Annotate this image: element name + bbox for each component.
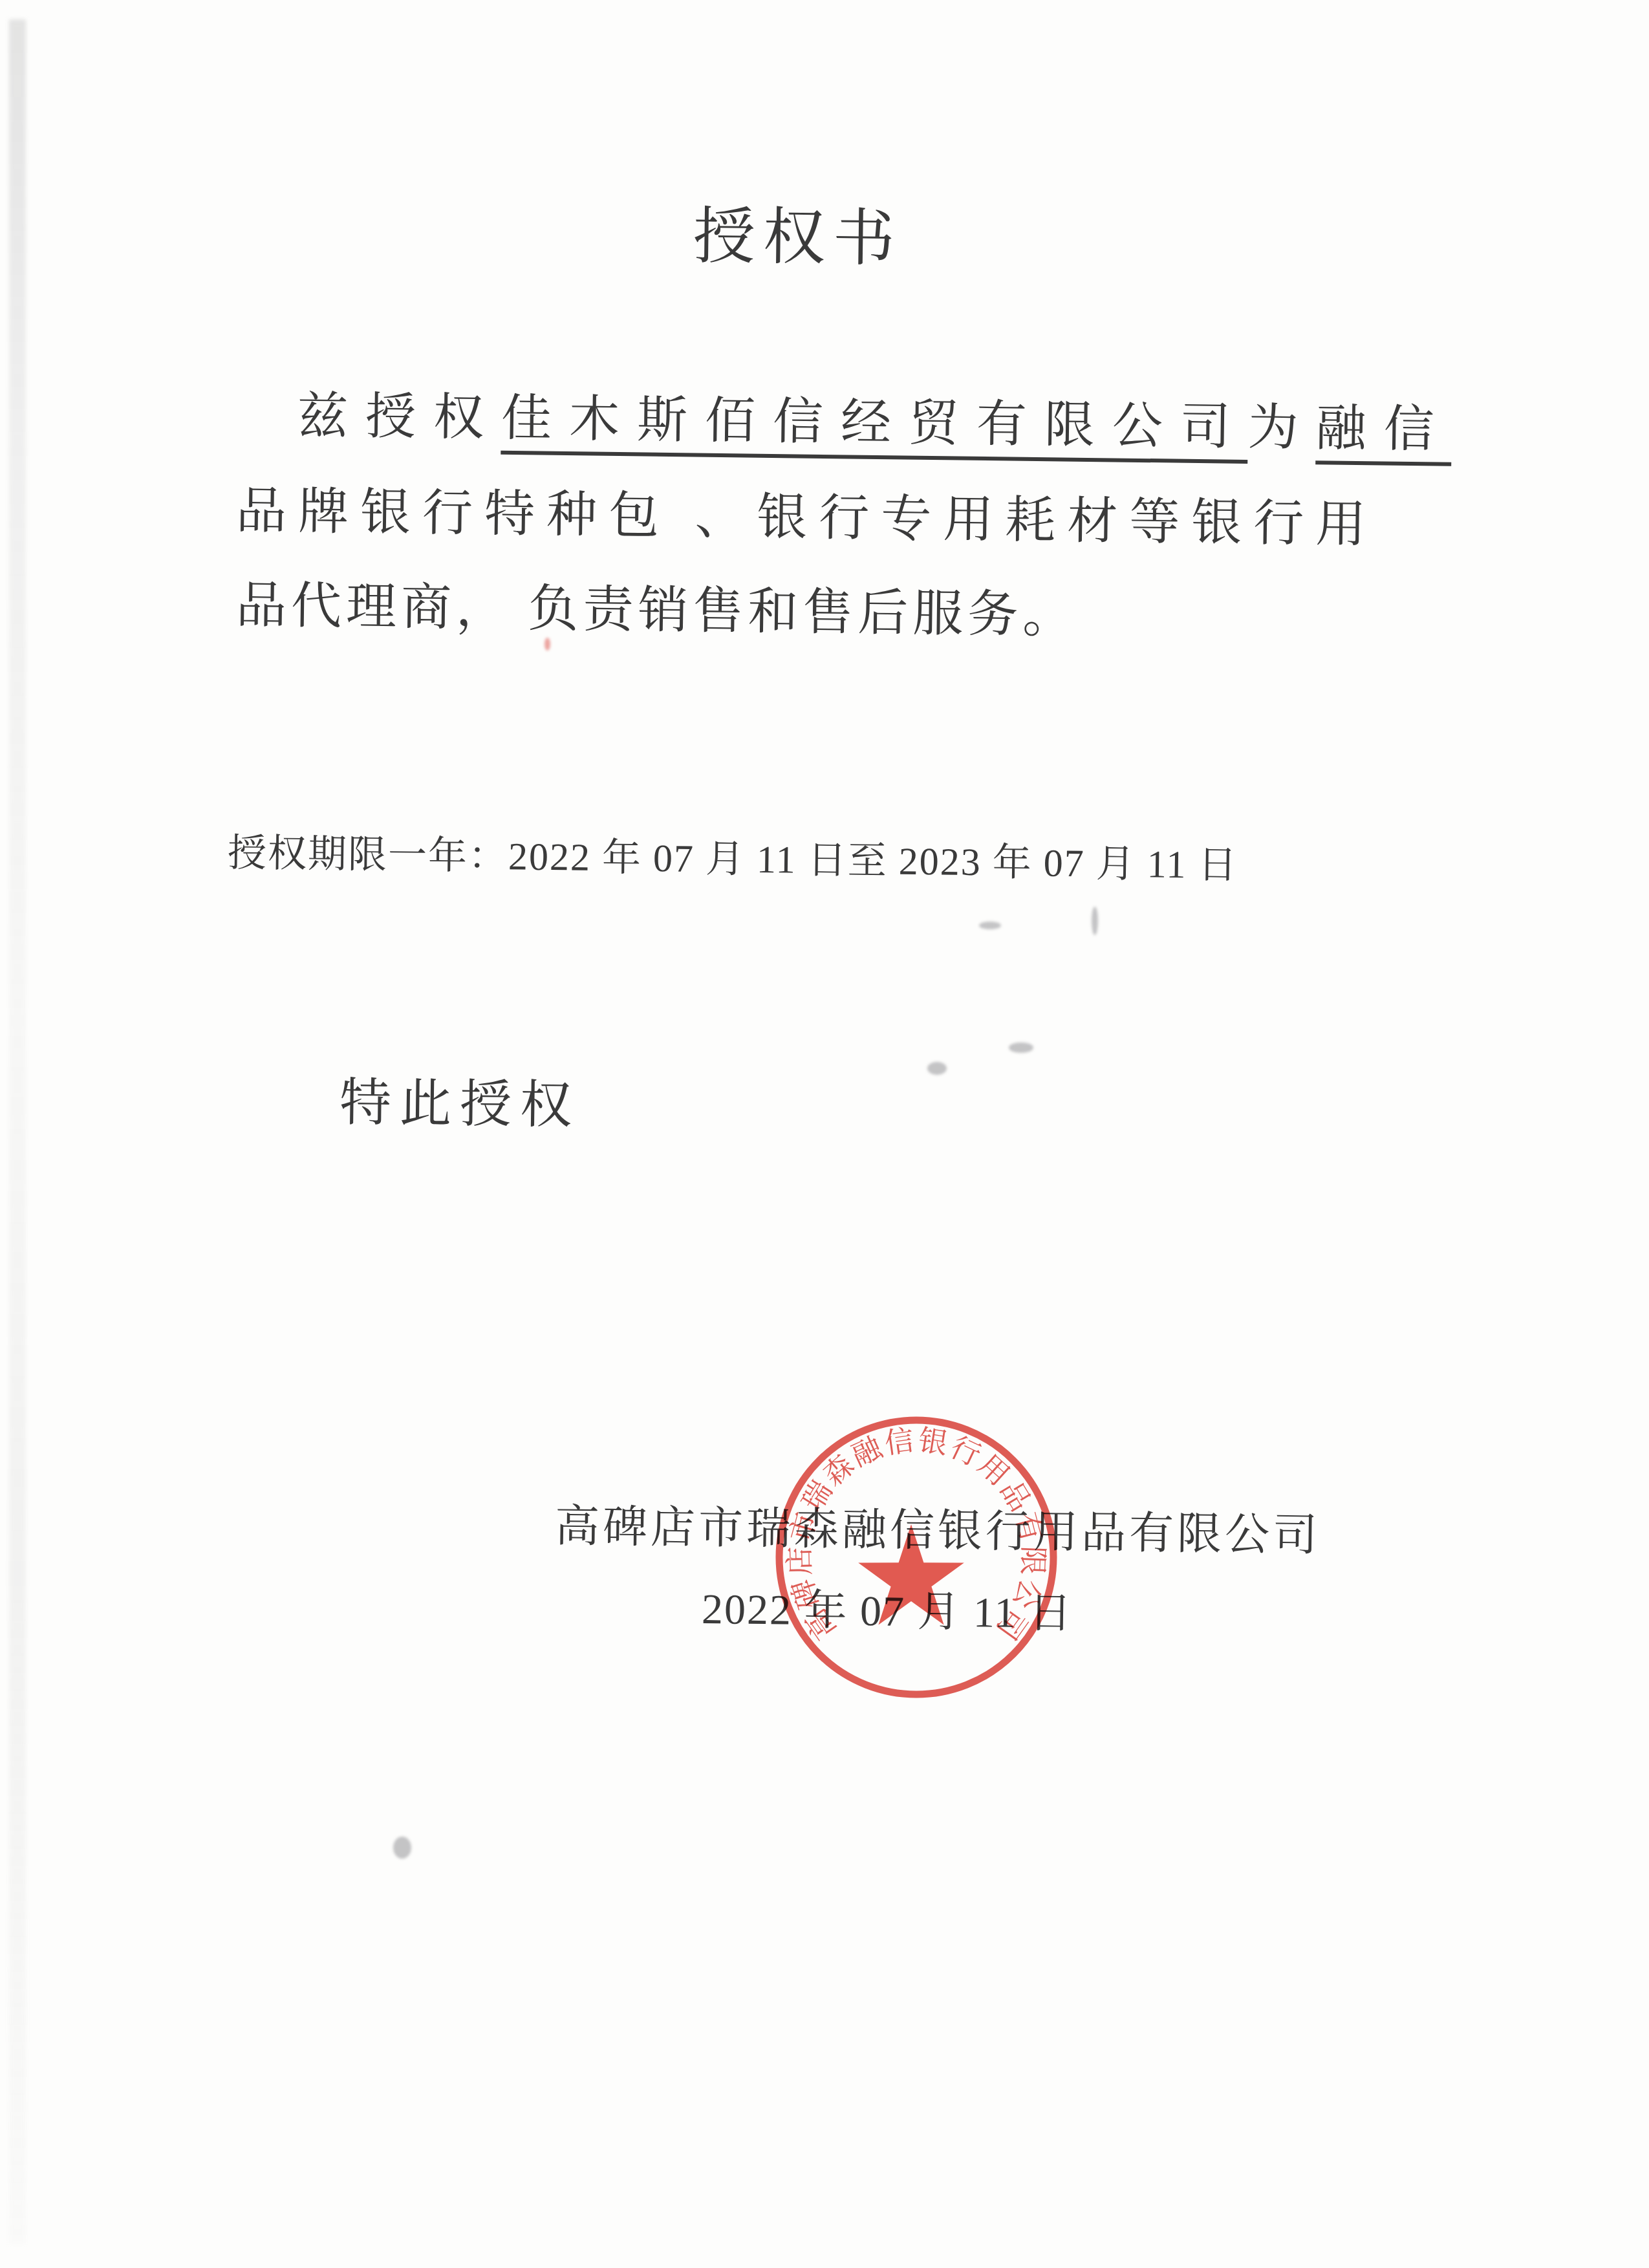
smudge-mark [393, 1837, 411, 1859]
validity-period-line: 授权期限一年：2022 年 07 月 11 日至 2023 年 07 月 11 … [228, 834, 1238, 885]
scanned-authorization-letter: 授权书 兹授权佳木斯佰信经贸有限公司为融信 品牌银行特种包 、银行专用耗材等银行… [0, 0, 1649, 2268]
seal-graphic: 高碑店市瑞森融信银行用品有限公司 [772, 1413, 1061, 1701]
agent-company-name: 佳木斯佰信经贸有限公司 [501, 390, 1248, 464]
seal-star-icon [858, 1524, 964, 1625]
scan-edge-shadow [9, 19, 26, 2244]
ink-speck [544, 638, 550, 651]
smudge-mark [979, 922, 1001, 929]
smudge-mark [1092, 907, 1098, 935]
closing-statement: 特此授权 [339, 1077, 581, 1132]
page-title: 授权书 [693, 206, 903, 270]
body-paragraph-line-3: 品代理商， 负责销售和售后服务。 [236, 580, 1078, 641]
smudge-mark [927, 1062, 947, 1075]
body-paragraph-line-1: 兹授权佳木斯佰信经贸有限公司为融信 [297, 391, 1452, 455]
smudge-mark [1009, 1042, 1033, 1053]
body-paragraph-line-2: 品牌银行特种包 、银行专用耗材等银行用 [236, 486, 1378, 550]
brand-name: 融信 [1315, 400, 1452, 466]
body-prefix: 兹授权 [297, 387, 501, 446]
company-seal-stamp: 高碑店市瑞森融信银行用品有限公司 [772, 1413, 1061, 1701]
body-connector: 为 [1247, 399, 1316, 456]
